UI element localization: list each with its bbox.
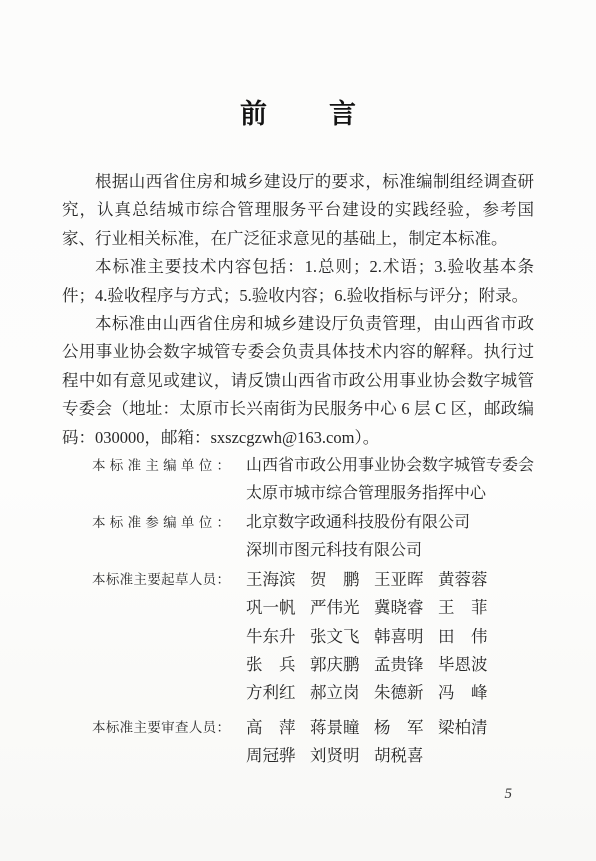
person-name: 郭庆鹏 [310, 651, 360, 679]
document-page: 前 言 根据山西省住房和城乡建设厅的要求，标准编制组经调查研究，认真总结城市综合… [0, 0, 596, 861]
person-name: 胡税喜 [374, 742, 424, 770]
person-name: 方利红 [246, 679, 296, 707]
chief-editor-unit-row: 本标准主编单位： 山西省市政公用事业协会数字城管专委会 太原市城市综合管理服务指… [92, 452, 534, 509]
drafters-row: 本标准主要起草人员： 王海滨贺 鹏王亚晖黄蓉蓉巩一帆严伟光冀晓睿王 菲牛东升张文… [92, 566, 534, 708]
person-name: 贺 鹏 [310, 566, 360, 594]
person-name: 朱德新 [374, 679, 424, 707]
person-name: 王海滨 [246, 566, 296, 594]
person-name: 张文飞 [310, 623, 360, 651]
paragraph: 根据山西省住房和城乡建设厅的要求，标准编制组经调查研究，认真总结城市综合管理服务… [62, 168, 534, 253]
person-name: 王 菲 [438, 594, 488, 622]
person-name: 王亚晖 [374, 566, 424, 594]
person-name: 黄蓉蓉 [438, 566, 488, 594]
person-name: 孟贵锋 [374, 651, 424, 679]
unit-value: 太原市城市综合管理服务指挥中心 [246, 480, 534, 508]
participating-unit-values: 北京数字政通科技股份有限公司 深圳市图元科技有限公司 [246, 509, 534, 566]
participating-unit-row: 本标准参编单位： 北京数字政通科技股份有限公司 深圳市图元科技有限公司 [92, 509, 534, 566]
person-name: 郝立岗 [310, 679, 360, 707]
person-name: 蒋景瞳 [310, 714, 360, 742]
person-name: 周冠骅 [246, 742, 296, 770]
chief-editor-unit-values: 山西省市政公用事业协会数字城管专委会 太原市城市综合管理服务指挥中心 [246, 452, 534, 509]
person-name: 高 萍 [246, 714, 296, 742]
unit-value: 北京数字政通科技股份有限公司 [246, 509, 534, 537]
page-title: 前 言 [0, 96, 596, 132]
person-name: 毕恩波 [438, 651, 488, 679]
person-name: 冀晓睿 [374, 594, 424, 622]
person-name: 韩喜明 [374, 623, 424, 651]
reviewers-label: 本标准主要审查人员： [92, 714, 230, 742]
participating-unit-label: 本标准参编单位： [92, 509, 230, 537]
person-name: 田 伟 [438, 623, 488, 651]
paragraph: 本标准由山西省住房和城乡建设厅负责管理，由山西省市政公用事业协会数字城管专委会负… [62, 310, 534, 452]
unit-value: 山西省市政公用事业协会数字城管专委会 [246, 452, 534, 480]
person-name: 牛东升 [246, 623, 296, 651]
reviewers-name-grid: 高 萍蒋景瞳杨 军梁柏清周冠骅刘贤明胡税喜 [246, 714, 488, 771]
person-name: 张 兵 [246, 651, 296, 679]
page-content: 根据山西省住房和城乡建设厅的要求，标准编制组经调查研究，认真总结城市综合管理服务… [0, 168, 596, 771]
chief-editor-unit-label: 本标准主编单位： [92, 452, 230, 480]
person-name: 杨 军 [374, 714, 424, 742]
drafters-label: 本标准主要起草人员： [92, 566, 230, 594]
person-name: 冯 峰 [438, 679, 488, 707]
person-name: 刘贤明 [310, 742, 360, 770]
person-name: 严伟光 [310, 594, 360, 622]
paragraph: 本标准主要技术内容包括：1.总则；2.术语；3.验收基本条件；4.验收程序与方式… [62, 253, 534, 310]
page-number: 5 [505, 786, 513, 803]
person-name: 梁柏清 [438, 714, 488, 742]
drafters-name-grid: 王海滨贺 鹏王亚晖黄蓉蓉巩一帆严伟光冀晓睿王 菲牛东升张文飞韩喜明田 伟张 兵郭… [246, 566, 488, 708]
reviewers-row: 本标准主要审查人员： 高 萍蒋景瞳杨 军梁柏清周冠骅刘贤明胡税喜 [92, 714, 534, 771]
unit-value: 深圳市图元科技有限公司 [246, 537, 534, 565]
person-name: 巩一帆 [246, 594, 296, 622]
preface-paragraphs: 根据山西省住房和城乡建设厅的要求，标准编制组经调查研究，认真总结城市综合管理服务… [62, 168, 534, 452]
